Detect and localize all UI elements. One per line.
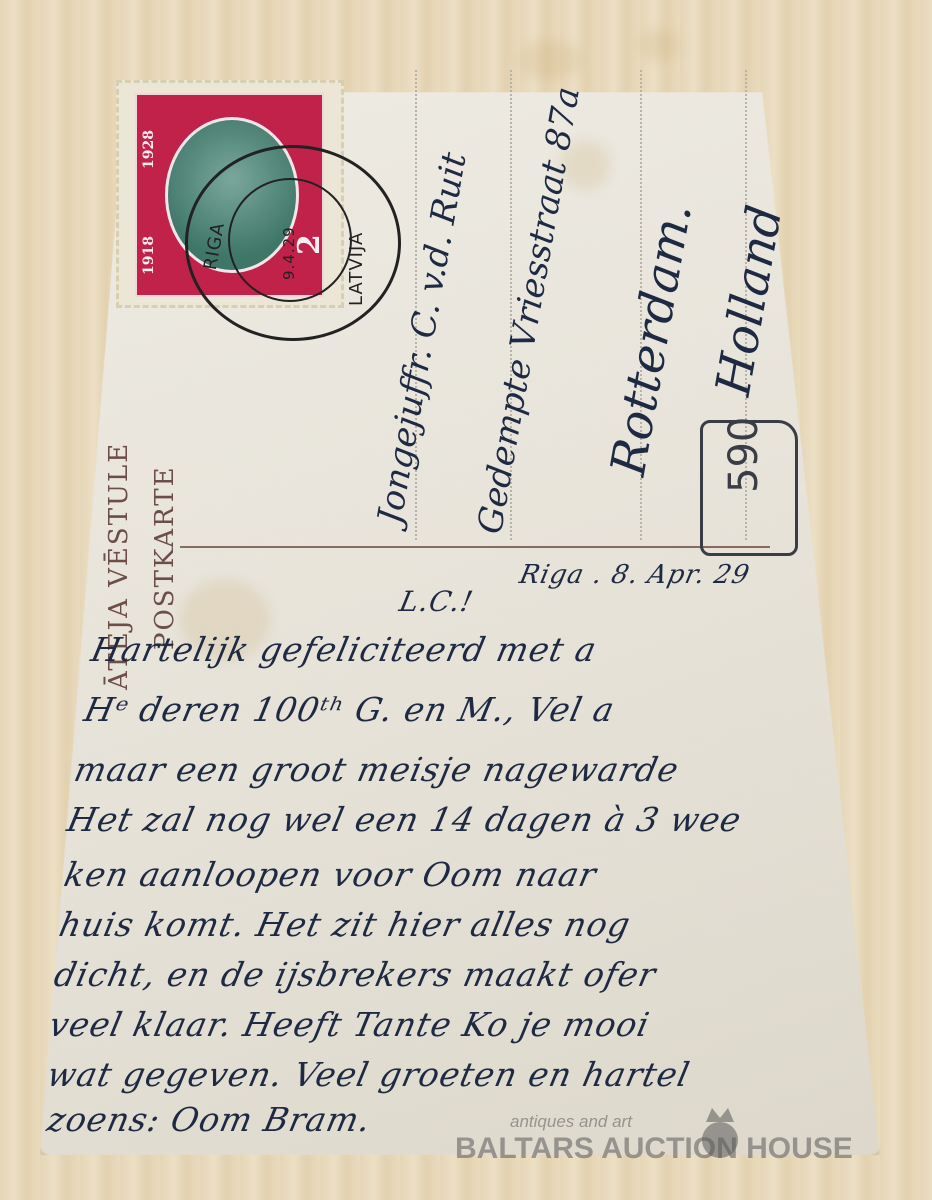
message-line: ken aanloopen voor Oom naar bbox=[61, 855, 601, 894]
stain bbox=[640, 30, 680, 60]
message-line: wat gegeven. Veel groeten en hartel bbox=[44, 1055, 694, 1094]
registration-number: 590 bbox=[721, 417, 767, 493]
message-line: maar een groot meisje nagewarde bbox=[71, 750, 683, 789]
message-line: dicht, en de ijsbrekers maakt ofer bbox=[51, 955, 660, 994]
message-salutation: L.C.! bbox=[396, 585, 476, 618]
message-line: veel klaar. Heeft Tante Ko je mooi bbox=[46, 1005, 653, 1044]
message-line: zoens: Oom Bram. bbox=[44, 1100, 375, 1139]
card-divider-line bbox=[180, 546, 770, 548]
message-line: Hᵉ deren 100ᵗʰ G. en M., Vel a bbox=[81, 690, 619, 729]
postmark-date: 9.4.29 bbox=[280, 226, 298, 280]
postmark-country: LATVIJA bbox=[346, 232, 367, 306]
stamp-year-right: 1928 bbox=[141, 130, 157, 169]
header-postkarte: POSTKARTE bbox=[150, 465, 180, 650]
stain bbox=[520, 40, 580, 80]
watermark-brand: BALTARS AUCTION HOUSE bbox=[455, 1132, 853, 1166]
crown-logo-icon bbox=[702, 1102, 738, 1162]
stamp-year-left: 1918 bbox=[141, 236, 157, 275]
watermark-tagline: antiques and art bbox=[510, 1112, 632, 1132]
postmark: RIGA LATVIJA 9.4.29 bbox=[185, 145, 401, 341]
registration-number-box: 590 bbox=[700, 420, 798, 556]
message-line: Hartelijk gefeliciteerd met a bbox=[88, 630, 601, 669]
message-line: huis komt. Het zit hier alles nog bbox=[56, 905, 635, 944]
message-line: Het zal nog wel een 14 dagen à 3 wee bbox=[64, 800, 745, 839]
postmark-city: RIGA bbox=[200, 221, 229, 272]
message-dateline: Riga . 8. Apr. 29 bbox=[517, 560, 753, 590]
